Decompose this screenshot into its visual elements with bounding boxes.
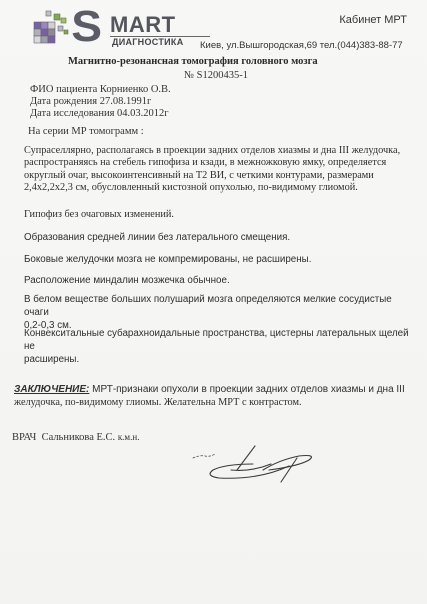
findings-intro: На серии МР томограмм : <box>28 126 144 137</box>
handwritten-signature-icon <box>185 440 335 490</box>
doctor-line: ВРАЧ Сальникова Е.С. к.м.н. <box>12 432 139 443</box>
conclusion-label: ЗАКЛЮЧЕНИЕ: <box>14 384 89 395</box>
finding-midline: Образования средней линии без латерально… <box>24 232 409 245</box>
finding-line: Конвекситальные субарахноидальные простр… <box>24 328 409 354</box>
conclusion-rest: желудочка, по-видимому глиомы. Желательн… <box>14 396 414 409</box>
clinic-address: Киев, ул.Вышгородская,69 тел.(044)383-88… <box>200 40 403 51</box>
smart-diagnostika-logo: S MART ДИАГНОСТИКА <box>28 6 188 50</box>
scanned-report-page: S MART ДИАГНОСТИКА Кабинет МРТ Киев, ул.… <box>0 0 427 604</box>
finding-pituitary: Гипофиз без очаговых изменений. <box>24 209 409 221</box>
finding-line: Супраселлярно, располагаясь в проекции з… <box>24 145 409 157</box>
finding-cerebellum: Расположение миндалин мозжечка обычное. <box>24 275 409 288</box>
patient-name: ФИО пациента Корниенко О.В. <box>30 84 171 95</box>
report-number: № S1200435-1 <box>184 70 248 81</box>
finding-line: расширены. <box>24 354 409 367</box>
finding-line: распространяясь на стебель гипофиза и кз… <box>24 157 409 169</box>
birth-date: Дата рождения 27.08.1991г <box>30 96 151 107</box>
logo-subtitle: ДИАГНОСТИКА <box>112 37 184 47</box>
finding-line: округлый очаг, высокоинтенсивный на Т2 В… <box>24 170 409 182</box>
exam-date: Дата исследования 04.03.2012г <box>30 108 169 119</box>
report-title: Магнитно-резонансная томография головног… <box>68 56 318 67</box>
logo-big-s: S <box>71 2 101 52</box>
doctor-degree: к.м.н. <box>118 432 140 442</box>
finding-lesion: Супраселлярно, располагаясь в проекции з… <box>24 145 409 194</box>
conclusion: ЗАКЛЮЧЕНИЕ: МРТ-признаки опухоли в проек… <box>14 383 414 409</box>
doctor-title: ВРАЧ <box>12 432 36 443</box>
finding-line: 2,4х2,2х2,3 см, обусловленный кистозной … <box>24 182 409 194</box>
finding-subarachnoid: Конвекситальные субарахноидальные простр… <box>24 328 409 366</box>
logo-brand-text: MART <box>110 12 176 38</box>
cabinet-label: Кабинет МРТ <box>339 14 407 26</box>
finding-ventricles: Боковые желудочки мозга не компремирован… <box>24 254 409 267</box>
cube-grid-logo-icon <box>28 8 74 48</box>
finding-line: В белом веществе больших полушарий мозга… <box>24 294 409 320</box>
finding-white-matter: В белом веществе больших полушарий мозга… <box>24 294 409 332</box>
doctor-name: Сальникова Е.С. <box>42 432 116 443</box>
conclusion-lead: МРТ-признаки опухоли в проекции задних о… <box>89 384 404 395</box>
